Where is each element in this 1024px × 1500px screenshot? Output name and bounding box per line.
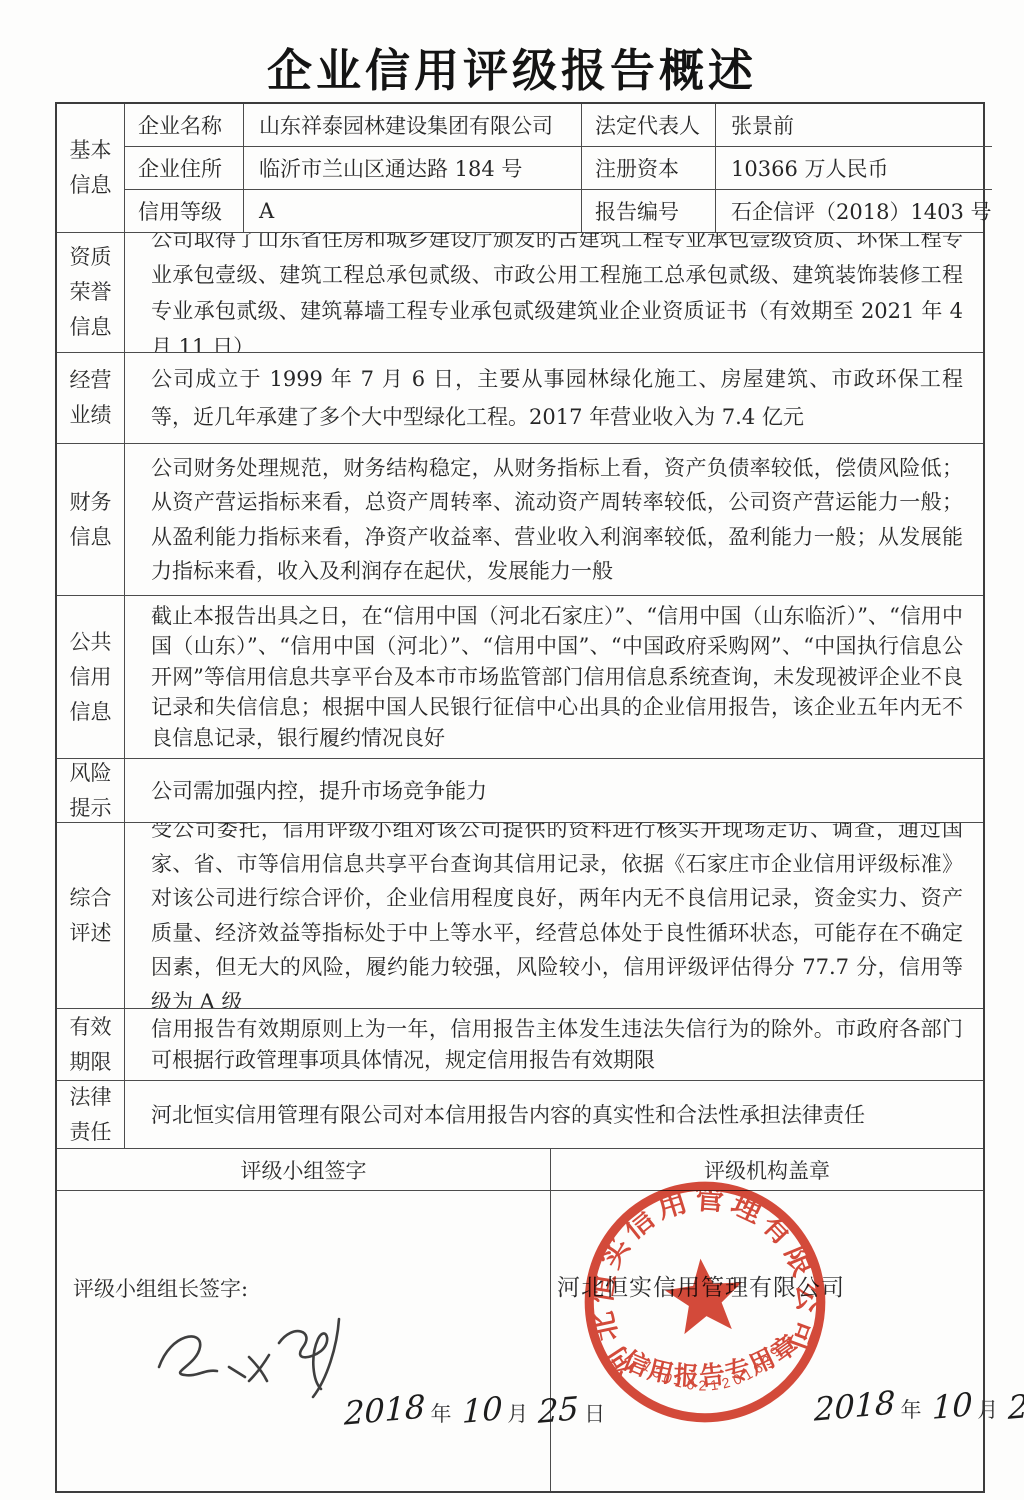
section-content-risk-warning: 公司需加强内控，提升市场竞争能力: [125, 759, 983, 822]
section-content-qualifications: 公司取得了山东省住房和城乡建设厅颁发的古建筑工程专业承包壹级资质、环保工程专业承…: [125, 233, 983, 352]
section-content-overall-review: 受公司委托，信用评级小组对该公司提供的资料进行核实并现场走访、调查，通过国家、省…: [125, 823, 983, 1008]
row-label-legal-liability: 法律责任: [57, 1081, 125, 1148]
field-key-registered-capital: 注册资本: [582, 147, 716, 189]
table-row: 企业住所 临沂市兰山区通达路 184 号 注册资本 10366 万人民币: [125, 147, 992, 190]
table-row-public-credit-info: 公共信用信息 截止本报告出具之日，在“信用中国（河北石家庄）”、“信用中国（山东…: [57, 596, 983, 759]
field-value-legal-representative: 张景前: [716, 104, 992, 146]
field-value-registered-capital: 10366 万人民币: [716, 147, 992, 189]
field-value-company-address: 临沂市兰山区通达路 184 号: [244, 147, 582, 189]
signoff-left-cell: 评级小组组长签字: 2018年 10月 25日: [57, 1191, 551, 1491]
field-value-credit-grade: A: [244, 190, 582, 232]
section-content-public-credit-info: 截止本报告出具之日，在“信用中国（河北石家庄）”、“信用中国（山东临沂）”、“信…: [125, 596, 983, 758]
paragraph: 公司财务处理规范，财务结构稳定，从财务指标上看，资产负债率较低，偿债风险低；从资…: [151, 451, 963, 589]
official-red-seal: 河北恒实信用管理有限公司 信用报告专用章 1301021201639: [573, 1173, 837, 1431]
field-key-credit-grade: 信用等级: [125, 190, 244, 232]
field-key-report-number: 报告编号: [582, 190, 716, 232]
paragraph: 信用报告有效期原则上为一年，信用报告主体发生违法失信行为的除外。市政府各部门可根…: [151, 1014, 963, 1076]
month-unit: 月: [977, 1398, 998, 1422]
row-label-validity-period: 有效期限: [57, 1009, 125, 1080]
handwritten-year: 2018: [344, 1387, 426, 1432]
team-leader-signature-label: 评级小组组长签字:: [73, 1273, 248, 1303]
paragraph: 公司取得了山东省住房和城乡建设厅颁发的古建筑工程专业承包壹级资质、环保工程专业承…: [151, 233, 963, 352]
row-label-public-credit-info: 公共信用信息: [57, 596, 125, 758]
right-date: 2018年 10月 25日: [809, 1387, 1024, 1425]
row-label-financial-info: 财务信息: [57, 444, 125, 595]
paragraph: 截止本报告出具之日，在“信用中国（河北石家庄）”、“信用中国（山东临沂）”、“信…: [151, 601, 963, 754]
table-row-risk-warning: 风险提示 公司需加强内控，提升市场竞争能力: [57, 759, 983, 823]
signoff-left-header: 评级小组签字: [57, 1149, 551, 1190]
table-row: 信用等级 A 报告编号 石企信评（2018）1403 号: [125, 190, 992, 232]
table-row-legal-liability: 法律责任 河北恒实信用管理有限公司对本信用报告内容的真实性和合法性承担法律责任: [57, 1081, 983, 1149]
row-label-qualifications: 资质荣誉信息: [57, 233, 125, 352]
handwritten-day: 25: [1008, 1385, 1024, 1427]
field-key-legal-representative: 法定代表人: [582, 104, 716, 146]
handwritten-month: 10: [931, 1385, 972, 1427]
row-label-basic-info: 基本信息: [57, 104, 125, 232]
field-value-report-number: 石企信评（2018）1403 号: [716, 190, 992, 232]
row-label-overall-review: 综合评述: [57, 823, 125, 1008]
scanned-report-page: 企业信用评级报告概述 基本信息 企业名称 山东祥泰园林建设集团有限公司 法定代表…: [0, 0, 1024, 1500]
page-title: 企业信用评级报告概述: [0, 34, 1024, 99]
table-row-validity-period: 有效期限 信用报告有效期原则上为一年，信用报告主体发生违法失信行为的除外。市政府…: [57, 1009, 983, 1081]
section-content-validity-period: 信用报告有效期原则上为一年，信用报告主体发生违法失信行为的除外。市政府各部门可根…: [125, 1009, 983, 1080]
seal-star: [662, 1255, 746, 1336]
section-content-legal-liability: 河北恒实信用管理有限公司对本信用报告内容的真实性和合法性承担法律责任: [125, 1081, 983, 1148]
section-content-business-performance: 公司成立于 1999 年 7 月 6 日，主要从事园林绿化施工、房屋建筑、市政环…: [125, 353, 983, 443]
table-row-overall-review: 综合评述 受公司委托，信用评级小组对该公司提供的资料进行核实并现场走访、调查，通…: [57, 823, 983, 1009]
paragraph: 受公司委托，信用评级小组对该公司提供的资料进行核实并现场走访、调查，通过国家、省…: [151, 823, 963, 1008]
basic-info-grid: 企业名称 山东祥泰园林建设集团有限公司 法定代表人 张景前 企业住所 临沂市兰山…: [125, 104, 992, 232]
table-row-basic-info: 基本信息 企业名称 山东祥泰园林建设集团有限公司 法定代表人 张景前 企业住所 …: [57, 104, 983, 233]
year-unit: 年: [430, 1402, 451, 1426]
field-value-company-name: 山东祥泰园林建设集团有限公司: [244, 104, 582, 146]
table-row-financial-info: 财务信息 公司财务处理规范，财务结构稳定，从财务指标上看，资产负债率较低，偿债风…: [57, 444, 983, 596]
table-row-business-performance: 经营业绩 公司成立于 1999 年 7 月 6 日，主要从事园林绿化施工、房屋建…: [57, 353, 983, 444]
paragraph: 河北恒实信用管理有限公司对本信用报告内容的真实性和合法性承担法律责任: [151, 1100, 963, 1130]
table-row-signoff-body: 评级小组组长签字: 2018年 10月 25日 河北恒实信用管理有限公司: [57, 1191, 983, 1491]
paragraph: 公司需加强内控，提升市场竞争能力: [151, 776, 963, 806]
year-unit: 年: [900, 1398, 921, 1422]
table-row-qualifications: 资质荣誉信息 公司取得了山东省住房和城乡建设厅颁发的古建筑工程专业承包壹级资质、…: [57, 233, 983, 353]
month-unit: 月: [507, 1402, 528, 1426]
section-content-financial-info: 公司财务处理规范，财务结构稳定，从财务指标上看，资产负债率较低，偿债风险低；从资…: [125, 444, 983, 595]
signoff-right-cell: 河北恒实信用管理有限公司 河北恒实信用管理有限公司 信用报告专用章: [551, 1191, 983, 1491]
row-label-business-performance: 经营业绩: [57, 353, 125, 443]
paragraph: 公司成立于 1999 年 7 月 6 日，主要从事园林绿化施工、房屋建筑、市政环…: [151, 360, 963, 436]
report-table: 基本信息 企业名称 山东祥泰园林建设集团有限公司 法定代表人 张景前 企业住所 …: [55, 102, 985, 1493]
table-row-signoff-header: 评级小组签字 评级机构盖章: [57, 1149, 983, 1191]
field-key-company-address: 企业住所: [125, 147, 244, 189]
row-label-risk-warning: 风险提示: [57, 759, 125, 822]
field-key-company-name: 企业名称: [125, 104, 244, 146]
handwritten-month: 10: [461, 1389, 502, 1431]
table-row: 企业名称 山东祥泰园林建设集团有限公司 法定代表人 张景前: [125, 104, 992, 147]
